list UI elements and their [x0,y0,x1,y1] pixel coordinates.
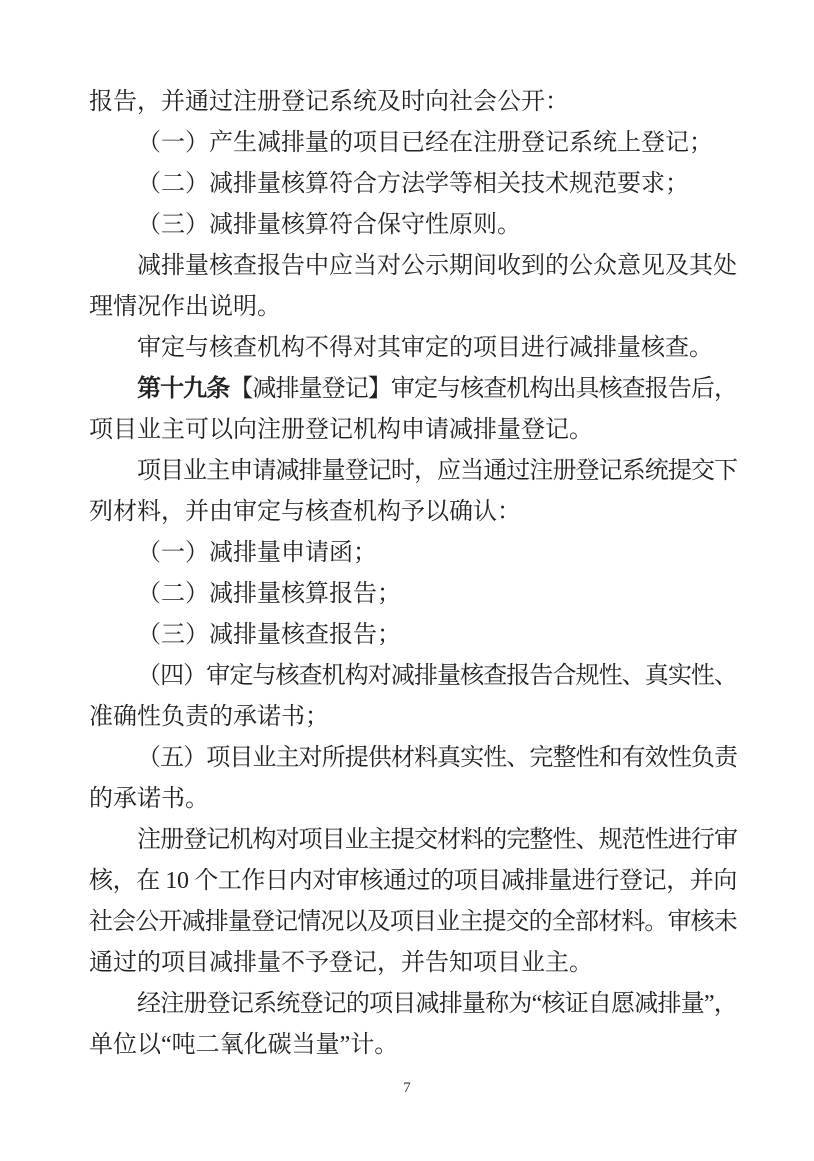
text-line: （二）减排量核算报告； [89,574,737,615]
text-line-content: （三）减排量核查报告； [137,622,401,648]
text-segment: 准确性负责的承诺书； [89,704,329,730]
text-segment: （二）减排量核算符合方法学等相关技术规范要求； [137,171,689,197]
text-line-content: 减排量核查报告中应当对公示期间收到的公众意见及其处 [137,253,737,279]
article-number: 第十九条 [137,376,229,402]
text-line-content: （二）减排量核算报告； [137,581,401,607]
text-line: 注册登记机构对项目业主提交材料的完整性、规范性进行审 [89,820,737,861]
text-line: （三）减排量核算符合保守性原则。 [89,205,737,246]
text-line: 理情况作出说明。 [89,287,737,328]
text-line: 审定与核查机构不得对其审定的项目进行减排量核查。 [89,328,737,369]
text-line: （一）减排量申请函； [89,533,737,574]
text-segment: （三）减排量核算符合保守性原则。 [137,212,521,238]
text-segment: 社会公开减排量登记情况以及项目业主提交的全部材料。审核未 [89,909,737,935]
text-line: 核，在 10 个工作日内对审核通过的项目减排量进行登记，并向 [89,861,737,902]
text-line-content: 准确性负责的承诺书； [89,704,329,730]
text-line-content: （五）项目业主对所提供材料真实性、完整性和有效性负责 [137,745,737,771]
text-segment: （四）审定与核查机构对减排量核查报告合规性、真实性、 [137,663,737,689]
text-segment: 报告，并通过注册登记系统及时向社会公开： [89,89,569,115]
text-line-content: （一）减排量申请函； [137,540,377,566]
text-segment: （一）减排量申请函； [137,540,377,566]
page-number: 7 [0,1078,814,1098]
text-line-content: 核，在 10 个工作日内对审核通过的项目减排量进行登记，并向 [89,868,737,894]
text-line-content: 理情况作出说明。 [89,294,281,320]
text-line-content: 项目业主可以向注册登记机构申请减排量登记。 [89,417,593,443]
text-segment: 的承诺书。 [89,786,209,812]
text-segment: 单位以“吨二氧化碳当量”计。 [89,1032,398,1058]
text-line-content: （四）审定与核查机构对减排量核查报告合规性、真实性、 [137,663,737,689]
text-line: （一）产生减排量的项目已经在注册登记系统上登记； [89,123,737,164]
text-line: 经注册登记系统登记的项目减排量称为“核证自愿减排量”， [89,984,737,1025]
text-segment: （一）产生减排量的项目已经在注册登记系统上登记； [137,130,713,156]
text-segment: （三）减排量核查报告； [137,622,401,648]
text-line: 第十九条【减排量登记】审定与核查机构出具核查报告后， [89,369,737,410]
text-line: （五）项目业主对所提供材料真实性、完整性和有效性负责 [89,738,737,779]
text-line: 项目业主可以向注册登记机构申请减排量登记。 [89,410,737,451]
text-segment: 核，在 10 个工作日内对审核通过的项目减排量进行登记，并向 [89,868,737,894]
text-segment: 理情况作出说明。 [89,294,281,320]
text-segment: 【减排量登记】审定与核查机构出具核查报告后， [229,376,737,402]
text-line-content: 列材料，并由审定与核查机构予以确认： [89,499,521,525]
text-line-content: 报告，并通过注册登记系统及时向社会公开： [89,89,569,115]
text-line-content: 社会公开减排量登记情况以及项目业主提交的全部材料。审核未 [89,909,737,935]
text-line-content: 单位以“吨二氧化碳当量”计。 [89,1032,398,1058]
text-segment: （二）减排量核算报告； [137,581,401,607]
text-line: 列材料，并由审定与核查机构予以确认： [89,492,737,533]
text-segment: 经注册登记系统登记的项目减排量称为“核证自愿减排量”， [137,991,737,1017]
text-segment: 通过的项目减排量不予登记，并告知项目业主。 [89,950,593,976]
text-line-content: 第十九条【减排量登记】审定与核查机构出具核查报告后， [137,376,737,402]
text-segment: 减排量核查报告中应当对公示期间收到的公众意见及其处 [137,253,737,279]
text-line-content: 审定与核查机构不得对其审定的项目进行减排量核查。 [137,335,713,361]
text-segment: 项目业主可以向注册登记机构申请减排量登记。 [89,417,593,443]
text-line-content: 经注册登记系统登记的项目减排量称为“核证自愿减排量”， [137,991,737,1017]
text-line: 项目业主申请减排量登记时，应当通过注册登记系统提交下 [89,451,737,492]
document-text-block: 报告，并通过注册登记系统及时向社会公开：（一）产生减排量的项目已经在注册登记系统… [89,82,737,1066]
text-segment: 项目业主申请减排量登记时，应当通过注册登记系统提交下 [137,458,737,484]
text-line-content: （二）减排量核算符合方法学等相关技术规范要求； [137,171,689,197]
document-page: 报告，并通过注册登记系统及时向社会公开：（一）产生减排量的项目已经在注册登记系统… [0,0,814,1161]
text-line: 单位以“吨二氧化碳当量”计。 [89,1025,737,1066]
text-line-content: 项目业主申请减排量登记时，应当通过注册登记系统提交下 [137,458,737,484]
text-line: （二）减排量核算符合方法学等相关技术规范要求； [89,164,737,205]
text-line-content: 注册登记机构对项目业主提交材料的完整性、规范性进行审 [137,827,737,853]
text-line: 通过的项目减排量不予登记，并告知项目业主。 [89,943,737,984]
text-line: 报告，并通过注册登记系统及时向社会公开： [89,82,737,123]
text-line: 社会公开减排量登记情况以及项目业主提交的全部材料。审核未 [89,902,737,943]
text-segment: （五）项目业主对所提供材料真实性、完整性和有效性负责 [137,745,737,771]
text-line: （四）审定与核查机构对减排量核查报告合规性、真实性、 [89,656,737,697]
text-line-content: 通过的项目减排量不予登记，并告知项目业主。 [89,950,593,976]
text-line: （三）减排量核查报告； [89,615,737,656]
text-segment: 列材料，并由审定与核查机构予以确认： [89,499,521,525]
text-line: 减排量核查报告中应当对公示期间收到的公众意见及其处 [89,246,737,287]
text-line: 准确性负责的承诺书； [89,697,737,738]
text-line-content: 的承诺书。 [89,786,209,812]
text-line-content: （三）减排量核算符合保守性原则。 [137,212,521,238]
text-segment: 审定与核查机构不得对其审定的项目进行减排量核查。 [137,335,713,361]
text-line: 的承诺书。 [89,779,737,820]
text-line-content: （一）产生减排量的项目已经在注册登记系统上登记； [137,130,713,156]
text-segment: 注册登记机构对项目业主提交材料的完整性、规范性进行审 [137,827,737,853]
